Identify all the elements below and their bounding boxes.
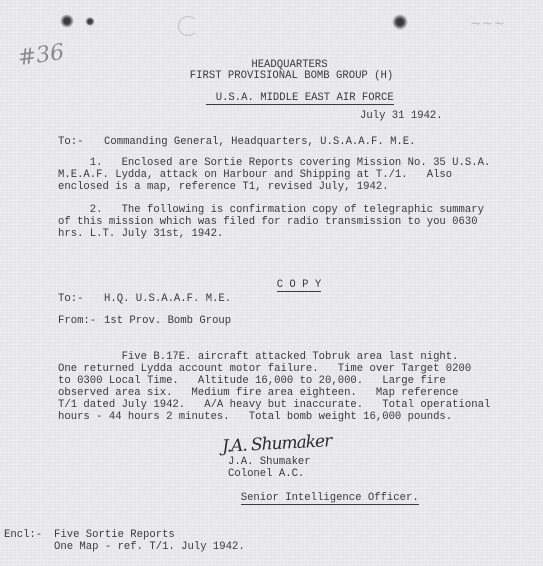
- punch-hole-mark: [392, 14, 408, 30]
- letterhead-line-3: U.S.A. MIDDLE EAST AIR FORCE: [193, 80, 394, 105]
- punch-hole-mark: [85, 17, 95, 26]
- paragraph-1-line-2: M.E.A.F. Lydda, attack on Harbour and Sh…: [58, 169, 452, 181]
- copy-from-label: From:-: [58, 315, 96, 327]
- summary-line-3: to 0300 Local Time. Altitude 16,000 to 2…: [58, 375, 446, 387]
- enclosure-item-1: Five Sortie Reports: [54, 529, 175, 541]
- punch-hole-mark: [60, 14, 74, 28]
- copy-from-value: 1st Prov. Bomb Group: [104, 315, 231, 327]
- enclosures-label: Encl:-: [4, 529, 42, 541]
- signer-name: J.A. Shumaker: [228, 456, 311, 468]
- paragraph-2-line-2: of this mission which was filed for radi…: [58, 216, 478, 228]
- copy-heading: C O P Y: [264, 267, 321, 292]
- signer-title: Senior Intelligence Officer.: [228, 480, 419, 505]
- punch-hole-mark: [178, 16, 198, 36]
- summary-line-6: hours - 44 hours 2 minutes. Total bomb w…: [58, 411, 452, 423]
- pencil-annotation: ~~~: [470, 18, 505, 30]
- to-label: To:-: [58, 136, 83, 148]
- paragraph-1-line-1: 1. Enclosed are Sortie Reports covering …: [58, 157, 490, 169]
- summary-line-5: T/1 dated July 1942. A/A heavy but inacc…: [58, 399, 490, 411]
- handwritten-signature: J.A. Shumaker: [222, 435, 332, 453]
- summary-line-2: One returned Lydda account motor failure…: [58, 363, 471, 375]
- letterhead-line-3-text: U.S.A. MIDDLE EAST AIR FORCE: [206, 92, 394, 105]
- signer-title-text: Senior Intelligence Officer.: [241, 492, 419, 505]
- paragraph-2-line-3: hrs. L.T. July 31st, 1942.: [58, 228, 223, 240]
- copy-to-label: To:-: [58, 293, 83, 305]
- signer-rank: Colonel A.C.: [228, 468, 304, 480]
- copy-to-value: H.Q. U.S.A.A.F. M.E.: [104, 293, 231, 305]
- document-date: July 31 1942.: [360, 110, 443, 122]
- paragraph-1-line-3: enclosed is a map, reference T1, revised…: [58, 181, 389, 193]
- summary-line-4: observed area six. Medium fire area eigh…: [58, 387, 459, 399]
- to-recipient: Commanding General, Headquarters, U.S.A.…: [104, 136, 416, 148]
- summary-line-1: Five B.17E. aircraft attacked Tobruk are…: [58, 351, 459, 363]
- paragraph-2-line-1: 2. The following is confirmation copy of…: [58, 204, 484, 216]
- enclosure-item-2: One Map - ref. T/1. July 1942.: [54, 541, 245, 553]
- copy-heading-text: C O P Y: [277, 279, 322, 292]
